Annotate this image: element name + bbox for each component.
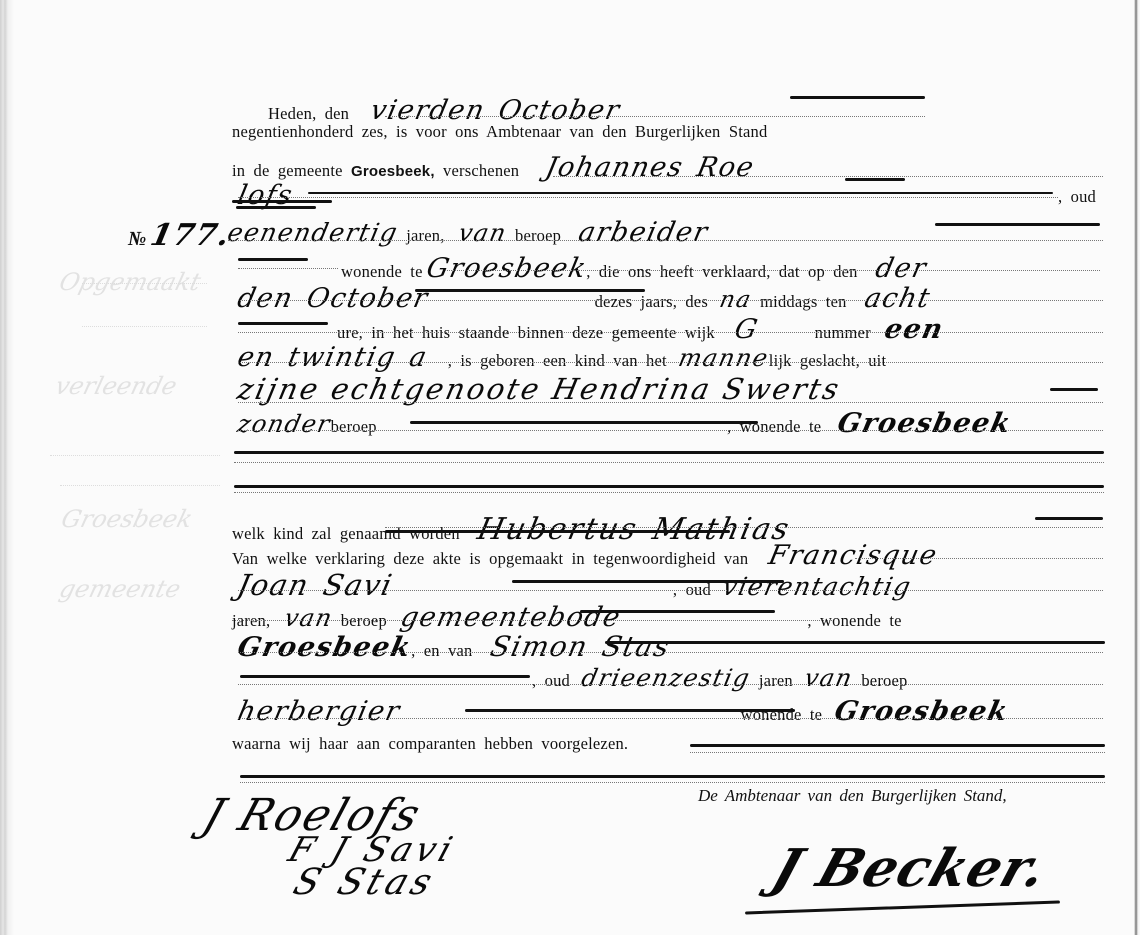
filler-stroke bbox=[238, 258, 308, 261]
page-binding-edge bbox=[0, 0, 14, 935]
handwritten-mother-name: zijne echtgenoote Hendrina Swerts bbox=[234, 372, 844, 406]
line-6: wonende teGroesbeek, die ons heeft verkl… bbox=[341, 253, 927, 284]
signature-underline bbox=[745, 901, 1060, 915]
fill-line bbox=[238, 718, 1103, 719]
fill-line bbox=[238, 590, 1103, 591]
handwritten-declarant-name: Johannes Roe bbox=[542, 152, 757, 183]
line-19: waarna wij haar aan comparanten hebben v… bbox=[232, 734, 628, 754]
line-16: Groesbeek, en van Simon Stas bbox=[238, 630, 670, 663]
underline-stroke bbox=[385, 530, 730, 533]
filler-stroke bbox=[1035, 517, 1103, 520]
line-2: negentienhonderd zes, is voor ons Ambten… bbox=[232, 122, 767, 142]
printed-text: , oud bbox=[532, 671, 570, 690]
filler-stroke bbox=[232, 200, 332, 203]
fill-line bbox=[690, 752, 1105, 753]
fill-line bbox=[238, 652, 1103, 653]
bleed-through-rule bbox=[50, 455, 220, 456]
line-7: den October dezes jaars, des na middags … bbox=[238, 283, 930, 314]
printed-text: middags ten bbox=[760, 292, 846, 311]
handwritten-word: van bbox=[282, 604, 336, 632]
line-13: Van welke verklaring deze akte is opgema… bbox=[232, 540, 937, 571]
line-9: en twintig a , is geboren een kind van h… bbox=[238, 342, 886, 373]
handwritten-ward: G bbox=[732, 314, 762, 345]
underline-stroke bbox=[845, 178, 905, 181]
handwritten-house-number: een bbox=[882, 314, 947, 345]
fill-line bbox=[232, 620, 832, 621]
handwritten-hour: acht bbox=[862, 283, 934, 314]
fill-line bbox=[240, 782, 1105, 783]
handwritten-witness-2-residence: Groesbeek bbox=[831, 696, 1011, 727]
filler-stroke bbox=[790, 96, 925, 99]
handwritten-witness-1-age: vierentachtig bbox=[720, 572, 915, 601]
printed-text: beroep bbox=[331, 417, 377, 436]
fill-line bbox=[238, 430, 1103, 431]
handwritten-witness-1-name: Francisque bbox=[765, 540, 940, 571]
line-14: Joan Savi , oud vierentachtig bbox=[238, 568, 912, 602]
official-title: De Ambtenaar van den Burgerlijken Stand, bbox=[698, 786, 1007, 806]
filler-stroke bbox=[580, 610, 775, 613]
handwritten-occupation: zonder bbox=[235, 410, 334, 438]
fill-line bbox=[238, 684, 1103, 685]
record-number: № 177. bbox=[128, 218, 230, 253]
fill-line bbox=[385, 527, 1103, 528]
printed-text: , en van bbox=[411, 641, 472, 660]
fill-line bbox=[238, 332, 1103, 333]
handwritten-day: der bbox=[873, 253, 930, 284]
filler-stroke bbox=[308, 192, 1053, 194]
handwritten-sex: manne bbox=[676, 344, 772, 372]
printed-text: , die ons heeft verklaard, dat op den bbox=[586, 262, 857, 281]
fill-line bbox=[553, 176, 1103, 177]
handwritten-house-number-cont: en twintig a bbox=[235, 342, 431, 373]
printed-text: Van welke verklaring deze akte is opgema… bbox=[232, 549, 748, 568]
printed-text: jaren, bbox=[406, 226, 444, 245]
printed-text: lijk geslacht, uit bbox=[769, 351, 886, 370]
record-number-prefix: № bbox=[128, 228, 146, 250]
filler-stroke bbox=[238, 322, 328, 325]
fill-line bbox=[238, 402, 1103, 403]
filler-stroke bbox=[234, 485, 1104, 488]
closing-rule bbox=[240, 775, 1105, 778]
printed-text: Heden, den bbox=[268, 104, 349, 123]
filler-stroke bbox=[240, 675, 530, 678]
bleed-through-text: Groesbeek bbox=[59, 505, 196, 533]
printed-text: wonende te bbox=[741, 705, 823, 724]
printed-text: beroep bbox=[515, 226, 561, 245]
fill-line bbox=[238, 197, 1058, 198]
bleed-through-text: gemeente bbox=[57, 575, 184, 603]
printed-text: , wonende te bbox=[727, 417, 821, 436]
bleed-through-rule bbox=[82, 326, 207, 327]
fill-line bbox=[228, 240, 1103, 241]
record-number-value: 177. bbox=[148, 218, 235, 253]
filler-stroke bbox=[465, 709, 795, 712]
printed-text: verschenen bbox=[443, 161, 519, 180]
fill-line bbox=[855, 558, 1103, 559]
filler-stroke bbox=[410, 421, 758, 424]
signature-witness-2: S Stas bbox=[288, 862, 440, 903]
handwritten-witness-1-name-cont: Joan Savi bbox=[234, 568, 396, 602]
filler-stroke bbox=[234, 451, 1104, 454]
fill-line bbox=[238, 300, 1103, 301]
printed-text: in de gemeente bbox=[232, 161, 343, 180]
bleed-through-text: verleende bbox=[53, 372, 180, 400]
underline-stroke bbox=[236, 206, 316, 209]
bleed-through-rule bbox=[60, 485, 220, 486]
municipality-name: Groesbeek, bbox=[351, 163, 435, 180]
fill-line bbox=[238, 362, 1103, 363]
filler-stroke bbox=[512, 580, 784, 583]
line-5: eenendertig jaren, van beroep arbeider bbox=[228, 217, 709, 248]
bleed-through-rule bbox=[82, 283, 207, 284]
handwritten-residence: Groesbeek bbox=[423, 253, 589, 284]
printed-text: dezes jaars, des bbox=[595, 292, 708, 311]
signature-official: J Becker. bbox=[765, 838, 1055, 899]
fill-line bbox=[445, 270, 1100, 271]
printed-text: jaren bbox=[759, 671, 793, 690]
handwritten-word: van bbox=[802, 664, 856, 692]
line-15: jaren, van beroep gemeentebode , wonende… bbox=[232, 602, 902, 633]
filler-stroke bbox=[935, 223, 1100, 226]
page-right-edge bbox=[1134, 0, 1140, 935]
handwritten-witness-2-occupation: herbergier bbox=[235, 696, 404, 727]
filler-stroke bbox=[415, 289, 645, 292]
printed-text: , oud bbox=[1058, 187, 1096, 207]
handwritten-age: eenendertig bbox=[225, 218, 401, 247]
handwritten-witness-2-age: drieenzestig bbox=[579, 664, 753, 692]
handwritten-residence: Groesbeek bbox=[834, 408, 1014, 439]
handwritten-occupation: arbeider bbox=[576, 217, 712, 248]
fill-line bbox=[385, 116, 925, 117]
filler-stroke bbox=[690, 744, 1105, 747]
line-10: zijne echtgenoote Hendrina Swerts bbox=[238, 372, 840, 406]
printed-text: beroep bbox=[861, 671, 907, 690]
filler-stroke bbox=[605, 641, 1105, 644]
line-17: , oud drieenzestig jaren van beroep bbox=[532, 664, 907, 692]
handwritten-witness-1-occupation: gemeentebode bbox=[398, 602, 624, 633]
handwritten-witness-1-residence: Groesbeek bbox=[235, 632, 415, 663]
printed-text: wonende te bbox=[341, 262, 423, 281]
line-3: in de gemeente Groesbeek, verschenen Joh… bbox=[232, 152, 754, 183]
printed-text: , is geboren een kind van het bbox=[448, 351, 667, 370]
handwritten-month: den October bbox=[235, 283, 432, 314]
fill-line bbox=[238, 268, 338, 269]
bleed-through-text: Opgemaakt bbox=[57, 268, 204, 296]
fill-line bbox=[234, 492, 1104, 493]
line-8: ure, in het huis staande binnen deze gem… bbox=[337, 314, 944, 345]
handwritten-witness-2-name: Simon Stas bbox=[487, 630, 673, 663]
fill-line bbox=[234, 462, 1104, 463]
handwritten-word: van bbox=[456, 219, 510, 247]
filler-stroke bbox=[1050, 388, 1098, 391]
